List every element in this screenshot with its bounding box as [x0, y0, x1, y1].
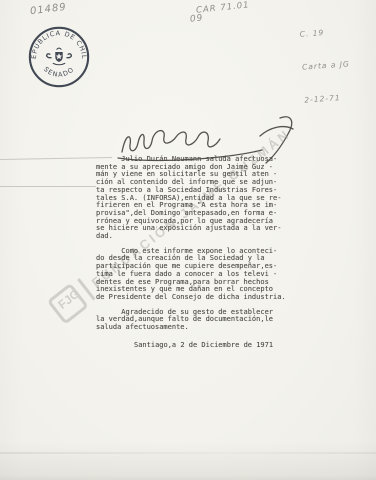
archive-note-line2: Carta a JG — [302, 58, 350, 72]
archive-serial-number: 01489 — [29, 2, 67, 17]
archive-note-block: C. 19 Carta a JG 2-12-71 — [298, 3, 354, 127]
archive-note-line3: 2-12-71 — [304, 91, 352, 105]
archive-file-code-2: 09 — [190, 13, 204, 24]
pencil-line — [0, 186, 96, 187]
letter-paragraph-1: Julio Durán Neumann saluda afectuosa- me… — [96, 156, 302, 241]
letter-paragraph-3: Agradecido de su gesto de establecer la … — [96, 309, 302, 332]
senate-seal-icon: REPUBLICA DE CHILE · SENADO · — [28, 26, 90, 88]
coat-of-arms-icon — [47, 48, 72, 65]
letter-body: Julio Durán Neumann saluda afectuosa- me… — [96, 156, 302, 349]
watermark-divider — [77, 278, 95, 300]
watermark-logo-text: FJG — [55, 286, 82, 311]
paper-crease — [0, 452, 376, 454]
watermark-logo-icon: FJG — [47, 283, 89, 325]
archive-note-line1: C. 19 — [299, 25, 347, 39]
archive-file-code: CAR 71.01 — [196, 0, 250, 16]
scanned-letter-page: 01489 CAR 71.01 09 C. 19 Carta a JG 2-12… — [0, 0, 376, 480]
letter-dateline: Santiago,a 2 de Diciembre de 1971 — [134, 342, 302, 350]
letter-paragraph-2: Como este informe expone lo aconteci- do… — [96, 248, 302, 302]
